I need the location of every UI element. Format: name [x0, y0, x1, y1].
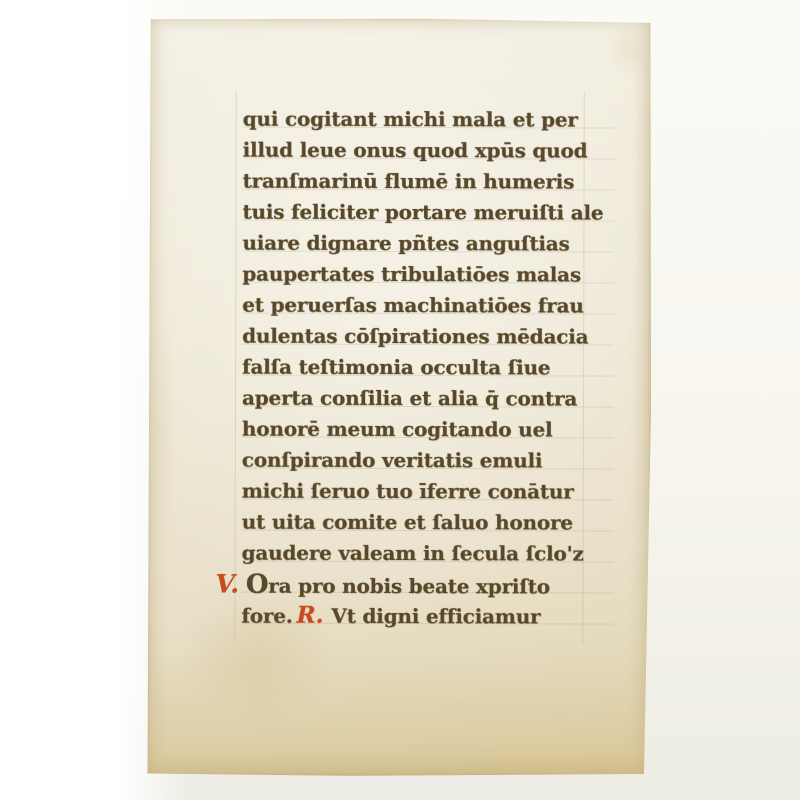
ruled-text-block: qui cogitant michi mala et per illud leu…: [241, 104, 614, 638]
parchment-stain: [148, 277, 239, 577]
response-catchword: fore.: [241, 604, 292, 628]
text-line: qui cogitant michi mala et per: [243, 104, 615, 136]
manuscript-leaf: qui cogitant michi mala et per illud leu…: [147, 17, 652, 776]
text-line: falſa teſtimonia occulta ſiue: [242, 352, 614, 384]
text-line: michi ſeruo tuo īferre conātur: [242, 476, 614, 508]
text-line: conſpirando veritatis emuli: [242, 445, 614, 477]
text-line: dulentas cōſpirationes mēdacia: [242, 321, 614, 353]
text-line: aperta conſilia et alia q̄ contra: [242, 383, 614, 415]
response-mark: R.: [293, 600, 332, 631]
text-line: ut uita comite et ſaluo honore: [242, 507, 614, 539]
text-line: tranſmarinū flumē in humeris: [243, 166, 615, 198]
text-line-versicle: V.Ora pro nobis beate xpriſto: [241, 569, 613, 601]
versicle-text: Ora pro nobis beate xpriſto: [246, 570, 550, 603]
parchment-stain: [147, 655, 650, 776]
text-line-response: fore.R.Vt digni efficiamur: [241, 600, 613, 632]
text-line: tuis feliciter portare meruiſti ale: [242, 197, 614, 229]
text-line: paupertates tribulatiōes malas: [242, 259, 614, 291]
versicle-mark: V.: [215, 569, 245, 600]
photo-background: qui cogitant michi mala et per illud leu…: [0, 0, 800, 800]
text-line: honorē meum cogitando uel: [242, 414, 614, 446]
text-line: illud leue onus quod xpūs quod: [243, 135, 615, 167]
text-line: gaudere valeam in ſecula ſclo'z: [242, 538, 614, 570]
text-line: et peruerſas machinatiōes frau: [242, 290, 614, 322]
text-line: uiare dignare pñtes anguſtias: [242, 228, 614, 260]
response-text: Vt digni efficiamur: [331, 604, 540, 629]
